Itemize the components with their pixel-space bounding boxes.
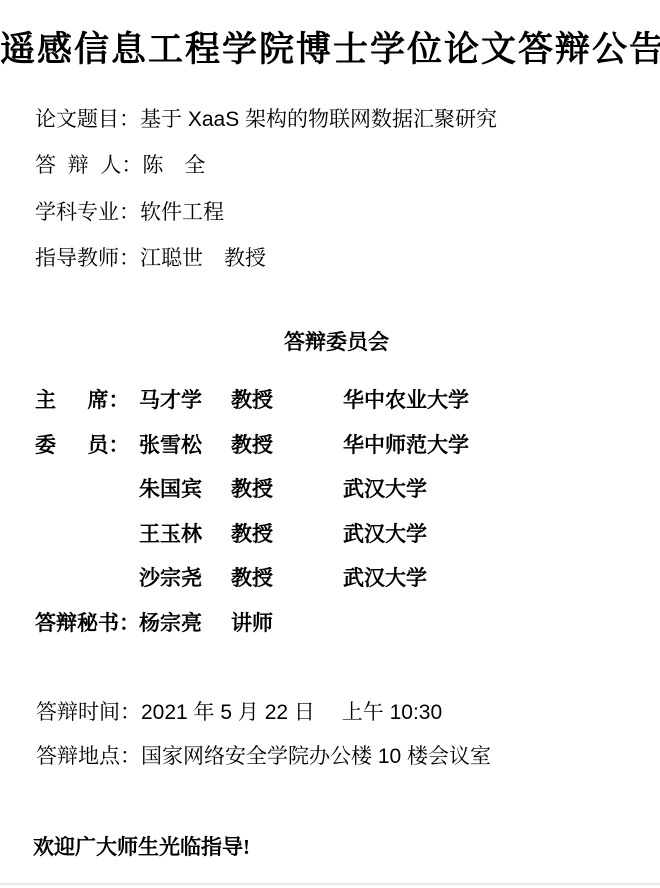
committee-heading: 答辩委员会 [0, 330, 660, 354]
committee-member-name: 马才学 [139, 378, 231, 423]
committee-member-title: 讲师 [231, 601, 343, 646]
defense-time-value: 2021 年 5 月 22 日 上午 10:30 [141, 691, 442, 735]
defense-location-label: 答辩地点： [36, 735, 141, 779]
schedule-block: 答辩时间：2021 年 5 月 22 日 上午 10:30 答辩地点：国家网络安… [36, 691, 491, 779]
committee-role: 主 席： [35, 378, 139, 423]
committee-member-affiliation: 武汉大学 [343, 512, 469, 557]
committee-member-affiliation: 华中农业大学 [343, 378, 469, 423]
committee-role: 答辩秘书： [35, 601, 139, 646]
page-title: 遥感信息工程学院博士学位论文答辩公告 [0, 28, 660, 72]
defense-time-label: 答辩时间： [36, 691, 141, 735]
defense-time-line: 答辩时间：2021 年 5 月 22 日 上午 10:30 [36, 691, 491, 735]
major-label: 学科专业： [35, 190, 140, 236]
committee-role [35, 467, 139, 512]
committee-member-title: 教授 [231, 512, 343, 557]
committee-member-title: 教授 [231, 467, 343, 512]
defense-location-line: 答辩地点：国家网络安全学院办公楼 10 楼会议室 [36, 735, 491, 779]
committee-member-affiliation: 武汉大学 [343, 556, 469, 601]
committee-member-affiliation: 华中师范大学 [343, 423, 469, 468]
major-line: 学科专业：软件工程 [35, 190, 497, 236]
thesis-title-label: 论文题目： [35, 97, 140, 143]
advisor-value: 江聪世 教授 [140, 236, 266, 282]
committee-member-name: 沙宗尧 [139, 556, 231, 601]
welcome-message: 欢迎广大师生光临指导! [33, 835, 250, 859]
committee-member-title: 教授 [231, 423, 343, 468]
committee-role: 委 员： [35, 423, 139, 468]
advisor-label: 指导教师： [35, 236, 140, 282]
committee-member-name: 张雪松 [139, 423, 231, 468]
committee-member-name: 朱国宾 [139, 467, 231, 512]
thesis-info-block: 论文题目：基于 XaaS 架构的物联网数据汇聚研究 答 辩 人：陈 全 学科专业… [35, 97, 497, 282]
candidate-label: 答 辩 人： [35, 143, 142, 189]
committee-member-title: 教授 [231, 378, 343, 423]
page-bottom-edge [0, 883, 660, 885]
committee-member-title: 教授 [231, 556, 343, 601]
advisor-line: 指导教师：江聪世 教授 [35, 236, 497, 282]
candidate-name: 陈 全 [142, 143, 205, 189]
committee-role [35, 512, 139, 557]
defense-announcement-page: 遥感信息工程学院博士学位论文答辩公告 论文题目：基于 XaaS 架构的物联网数据… [0, 0, 660, 888]
committee-table: 主 席： 马才学 教授 华中农业大学 委 员： 张雪松 教授 华中师范大学 朱国… [35, 378, 469, 645]
committee-member-affiliation: 武汉大学 [343, 467, 469, 512]
candidate-line: 答 辩 人：陈 全 [35, 143, 497, 189]
committee-member-affiliation [343, 601, 469, 646]
thesis-title-value: 基于 XaaS 架构的物联网数据汇聚研究 [140, 97, 497, 143]
committee-member-name: 王玉林 [139, 512, 231, 557]
committee-member-name: 杨宗亮 [139, 601, 231, 646]
committee-role [35, 556, 139, 601]
thesis-title-line: 论文题目：基于 XaaS 架构的物联网数据汇聚研究 [35, 97, 497, 143]
defense-location-value: 国家网络安全学院办公楼 10 楼会议室 [141, 735, 491, 779]
major-value: 软件工程 [140, 190, 224, 236]
